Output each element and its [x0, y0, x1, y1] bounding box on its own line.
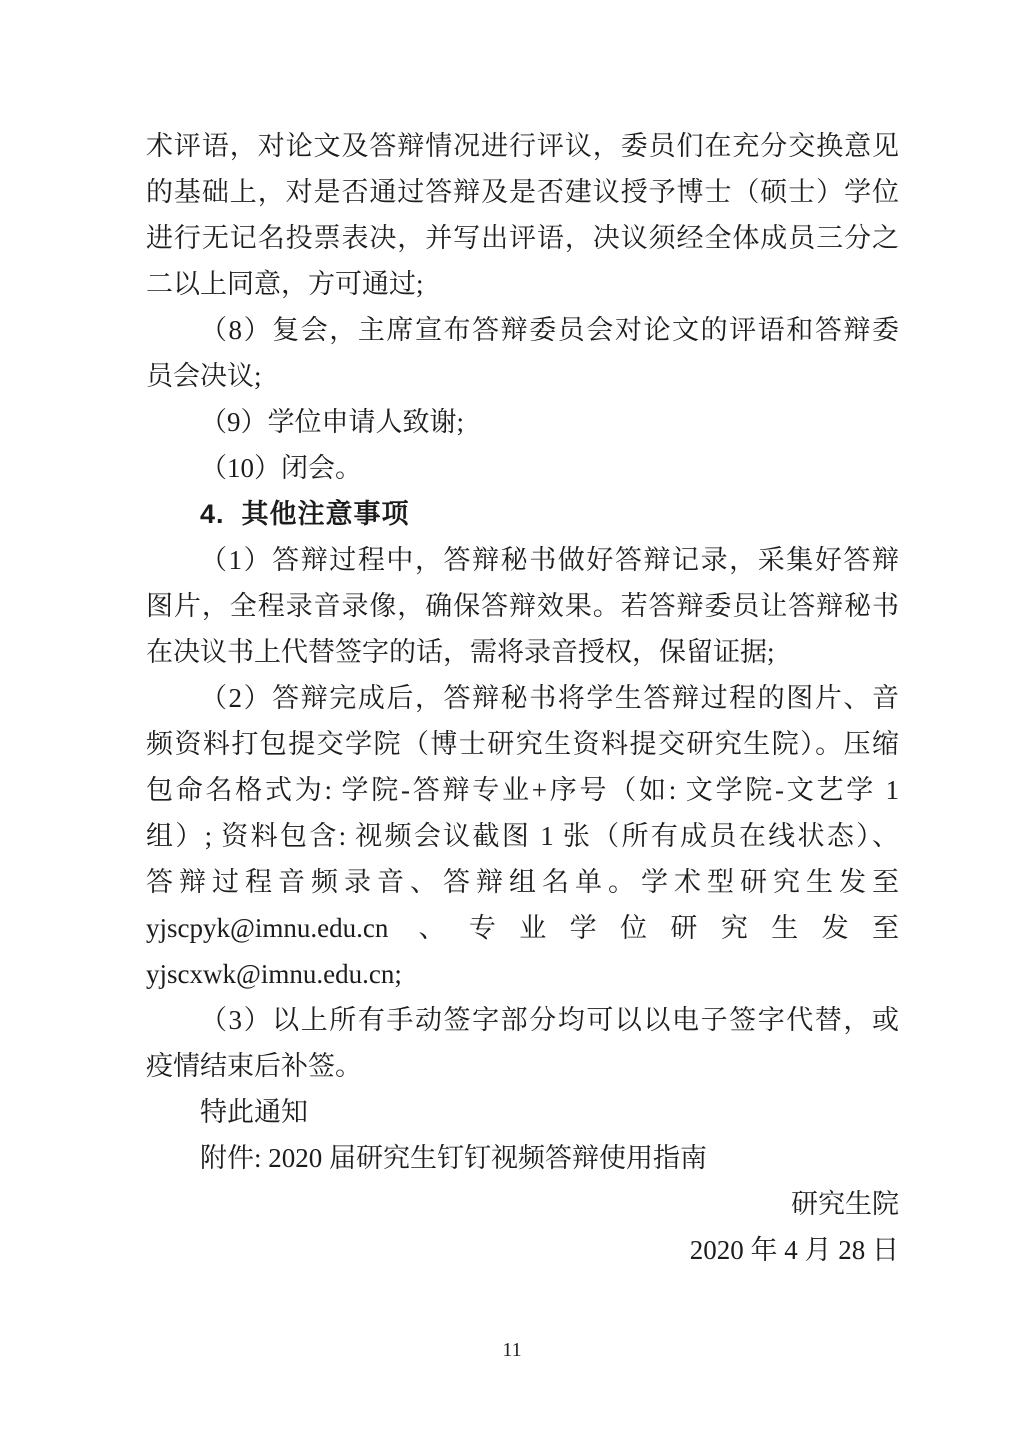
page-number: 11: [0, 1336, 1024, 1364]
document-body: 术评语，对论文及答辩情况进行评议，委员们在充分交换意见 的基础上，对是否通过答辩…: [146, 123, 899, 1273]
text-line-email-academic: yjscpyk@imnu.edu.cn 、专业学位研究生发至: [146, 905, 899, 951]
text-line: 进行无记名投票表决，并写出评语，决议须经全体成员三分之: [146, 215, 899, 261]
text-line-item-10: （10）闭会。: [146, 445, 899, 491]
text-line-item-1: （1）答辩过程中，答辩秘书做好答辩记录，采集好答辩: [146, 537, 899, 583]
text-line-item-8: （8）复会，主席宣布答辩委员会对论文的评语和答辩委: [146, 307, 899, 353]
text-line-email-professional: yjscxwk@imnu.edu.cn;: [146, 951, 899, 997]
text-line: 组）; 资料包含: 视频会议截图 1 张（所有成员在线状态）、: [146, 813, 899, 859]
document-page: 术评语，对论文及答辩情况进行评议，委员们在充分交换意见 的基础上，对是否通过答辩…: [0, 0, 1024, 1448]
signature-org: 研究生院: [146, 1181, 899, 1227]
text-line: 术评语，对论文及答辩情况进行评议，委员们在充分交换意见: [146, 123, 899, 169]
text-line: 员会决议;: [146, 353, 899, 399]
text-line-attachment: 附件: 2020 届研究生钉钉视频答辩使用指南: [146, 1135, 899, 1181]
text-line-notice-closing: 特此通知: [146, 1089, 899, 1135]
text-line: 图片，全程录音录像，确保答辩效果。若答辩委员让答辩秘书: [146, 583, 899, 629]
text-line: 在决议书上代替签字的话，需将录音授权，保留证据;: [146, 629, 899, 675]
text-line: 二以上同意，方可通过;: [146, 261, 899, 307]
text-line: 频资料打包提交学院（博士研究生资料提交研究生院）。压缩: [146, 721, 899, 767]
text-line: 疫情结束后补签。: [146, 1043, 899, 1089]
text-line-item-9: （9）学位申请人致谢;: [146, 399, 899, 445]
text-line-item-2: （2）答辩完成后，答辩秘书将学生答辩过程的图片、音: [146, 675, 899, 721]
text-line: 的基础上，对是否通过答辩及是否建议授予博士（硕士）学位: [146, 169, 899, 215]
text-line-item-3: （3）以上所有手动签字部分均可以以电子签字代替，或: [146, 997, 899, 1043]
text-line: 答辩过程音频录音、答辩组名单。学术型研究生发至: [146, 859, 899, 905]
signature-date: 2020 年 4 月 28 日: [146, 1227, 899, 1273]
text-line: 包命名格式为: 学院-答辩专业+序号（如: 文学院-文艺学 1: [146, 767, 899, 813]
section-heading-other-notes: 4. 其他注意事项: [146, 491, 899, 537]
